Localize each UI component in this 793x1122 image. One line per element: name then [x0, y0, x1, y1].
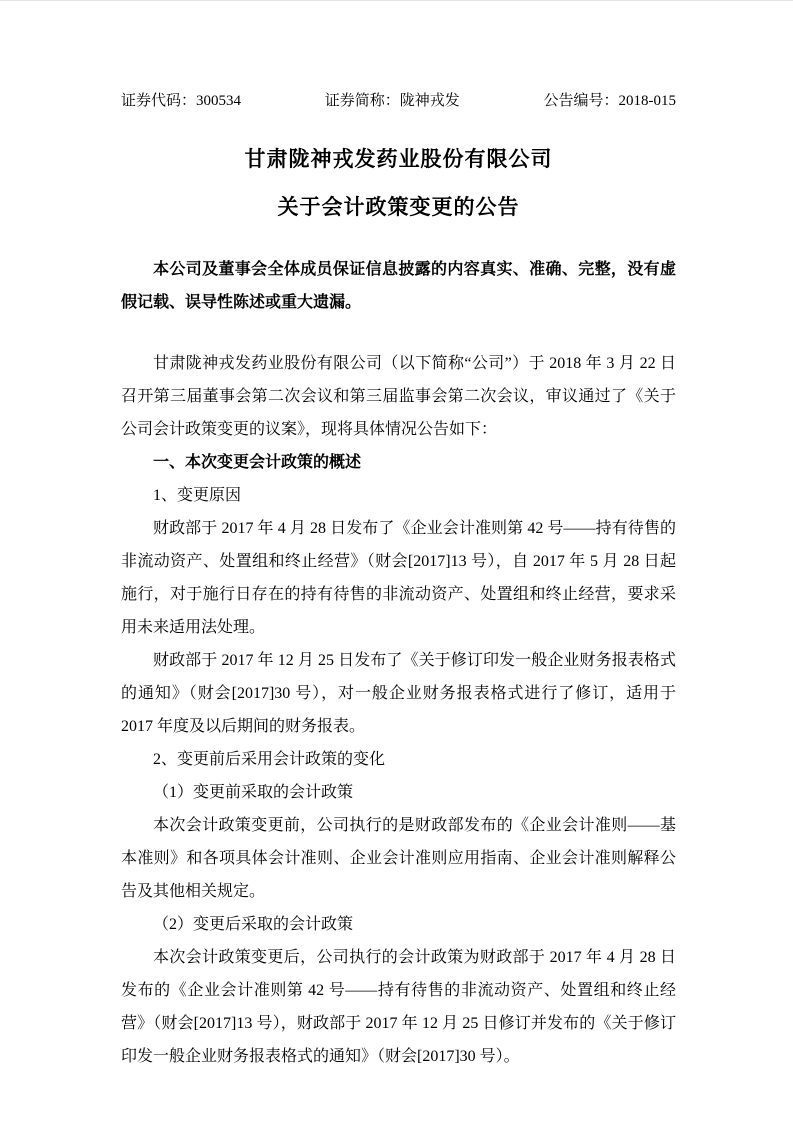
stock-code: 证券代码：300534: [121, 91, 241, 111]
announcement-document: 证券代码：300534 证券简称：陇神戎发 公告编号：2018-015 甘肃陇神…: [0, 0, 793, 1122]
subheading-change-reason: 1、变更原因: [121, 479, 676, 512]
subheading-after-change: （2）变更后采取的会计政策: [121, 908, 676, 941]
subheading-policy-change: 2、变更前后采用会计政策的变化: [121, 743, 676, 776]
paragraph-intro: 甘肃陇神戎发药业股份有限公司（以下简称“公司”）于 2018 年 3 月 22 …: [121, 347, 676, 446]
announcement-number: 公告编号：2018-015: [544, 91, 677, 111]
paragraph-after-change: 本次会计政策变更后，公司执行的会计政策为财政部于 2017 年 4 月 28 日…: [121, 941, 676, 1073]
paragraph-report-format-notice: 财政部于 2017 年 12 月 25 日发布了《关于修订印发一般企业财务报表格…: [121, 644, 676, 743]
section-heading-overview: 一、本次变更会计政策的概述: [121, 446, 676, 479]
paragraph-before-change: 本次会计政策变更前，公司执行的是财政部发布的《企业会计准则——基本准则》和各项具…: [121, 809, 676, 908]
subheading-before-change: （1）变更前采取的会计政策: [121, 776, 676, 809]
doc-header: 证券代码：300534 证券简称：陇神戎发 公告编号：2018-015: [121, 91, 676, 111]
announcement-title: 关于会计政策变更的公告: [121, 191, 676, 225]
paragraph-cas42: 财政部于 2017 年 4 月 28 日发布了《企业会计准则第 42 号——持有…: [121, 512, 676, 644]
board-declaration: 本公司及董事会全体成员保证信息披露的内容真实、准确、完整，没有虚假记载、误导性陈…: [121, 253, 676, 319]
stock-abbr: 证券简称：陇神戎发: [325, 91, 460, 111]
company-name-title: 甘肃陇神戎发药业股份有限公司: [121, 143, 676, 177]
